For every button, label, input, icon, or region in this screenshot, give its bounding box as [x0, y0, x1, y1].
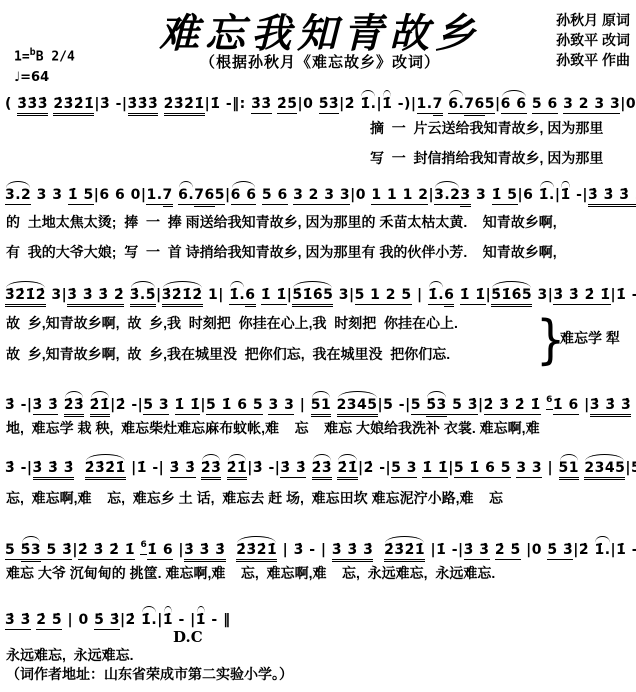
note-group: |3̇ -|	[247, 459, 280, 477]
note-group: |3̇ -|	[94, 95, 127, 113]
note-group: 5̇ 3̇	[547, 541, 573, 560]
note-group: 5	[215, 186, 225, 205]
note-group: 3̇ 3̇ 2̇ 1̇	[553, 286, 610, 305]
key-signature: 1=bB 2/4	[14, 47, 75, 64]
note-group: 3 2 3 3	[293, 186, 350, 205]
note-group: |1̇ -|	[126, 459, 170, 477]
note-group: 1̇.	[539, 186, 555, 204]
note-group: 1̇	[382, 95, 392, 113]
da-capo-mark: D.C	[173, 628, 203, 646]
note-group: 1̇ 1̇	[261, 286, 287, 305]
lyrics-line-3: 故 乡,知青故乡啊, 故 乡,我 时刻把 你挂在心上,我 时刻把 你挂在心上.故…	[6, 308, 458, 370]
note-group: 5 3	[391, 459, 417, 478]
note-group: 1̇ 5	[492, 186, 518, 205]
key-prefix: 1=	[14, 49, 30, 64]
note-group: 3	[460, 186, 470, 207]
lyrics-row: 的 土地太焦太烫; 捧 一 捧 雨送给我知青故乡, 因为那里的 禾苗太枯太黄. …	[6, 207, 557, 237]
note-group: 2̇1̇	[337, 459, 357, 480]
note-group: 1 1 1 2	[371, 186, 428, 205]
credits: 孙秋月 原词 孙致平 改词 孙致平 作曲	[556, 10, 630, 70]
grace-note: 6	[140, 536, 147, 555]
note-group: 1̇.	[594, 541, 610, 559]
note-group	[226, 541, 237, 559]
note-group: |2̇ -|	[358, 459, 391, 477]
note-group: 6	[444, 286, 454, 307]
note-group: 3|	[46, 286, 67, 304]
note-group: 6.	[448, 95, 464, 114]
note-group: 3̇3̇3̇	[128, 95, 159, 116]
note-group: 1|	[203, 286, 230, 304]
note-group: 3̇ 3̇ 3̇	[590, 396, 631, 417]
note-group: 1̇	[163, 611, 173, 629]
note-group: 3.2	[434, 186, 460, 205]
note-group: |0	[350, 186, 371, 204]
note-group: 1̇ 1̇	[460, 286, 486, 305]
note-group: 3̇ 3̇	[280, 459, 306, 478]
note-group: |	[294, 396, 310, 414]
note-group: |0	[521, 541, 548, 559]
note-group: 3̇.5̇	[130, 286, 156, 307]
note-group: 3̇ 3̇ 3̇ 2̇	[588, 186, 636, 207]
note-group: |2̇ -|	[110, 396, 143, 414]
note-group: 5̇ 3̇	[94, 611, 120, 630]
note-group: |	[173, 541, 184, 559]
note-group: |6 6 0|	[94, 186, 147, 204]
note-group: |0	[620, 95, 636, 113]
note-group: 1̇ 6	[553, 396, 579, 415]
lyrics-row: 故 乡,知青故乡啊, 故 乡,我在城里没 把你们忘, 我在城里没 把你们忘.	[6, 339, 458, 370]
note-group: 3̇ 3̇ 3̇	[33, 459, 74, 480]
note-group: 3 3	[31, 186, 68, 204]
note-group: 3|	[532, 286, 553, 304]
note-group: 2̇1̇	[227, 459, 247, 480]
note-group: -|	[571, 186, 588, 204]
note-group: 6	[245, 286, 255, 307]
note-group: | 0	[62, 611, 94, 629]
note-group: 7	[163, 186, 173, 207]
note-group: 5̇1̇6̇5	[491, 286, 532, 307]
note-group: 5 6	[262, 186, 288, 205]
note-group: 5̇1̇6̇5	[292, 286, 333, 307]
note-group: |2̇	[573, 541, 594, 559]
note-group: |	[412, 286, 428, 304]
note-group: 2̇3̇	[312, 459, 332, 480]
note-group	[373, 541, 384, 559]
note-group: 5	[485, 95, 495, 114]
tempo-marking: ♩=64	[14, 70, 49, 85]
lyrics-line-6: 难忘 大爷 沉甸甸的 挑筐. 难忘啊,难 忘, 难忘啊,难 忘, 永远难忘, 永…	[6, 558, 495, 588]
note-group: 2̇3̇2̇1̇	[85, 459, 126, 480]
note-group: 3 3	[516, 459, 542, 478]
author-address-note: （词作者地址：山东省荣成市第二实验小学。）	[6, 664, 293, 684]
note-group: 1̇.	[141, 611, 157, 629]
note-group: 2̇ 5̇	[36, 611, 62, 630]
note-group: 6 6	[501, 95, 527, 114]
note-group: |	[579, 396, 590, 414]
note-group: 3̇2̇1̇2̇	[162, 286, 203, 307]
note-group: 5 1̇ 6 5	[454, 459, 511, 478]
note-group: (	[5, 95, 17, 113]
note-group: |0	[297, 95, 318, 113]
note-group: 1̇ 1̇	[422, 459, 448, 478]
lyrics-row: 写 一 封信捎给我知青故乡, 因为那里	[370, 143, 603, 173]
note-group: 6.	[178, 186, 194, 205]
note-group: 3̇3̇3̇	[17, 95, 48, 116]
subtitle: （根据孙秋月《难忘故乡》改词）	[120, 51, 520, 72]
notation-line-3: 3̇2̇1̇2̇ 3|3̇ 3̇ 3̇ 2̇ 3̇.5̇|3̇2̇1̇2̇ 1|…	[5, 286, 636, 307]
note-group: 3|	[333, 286, 354, 304]
grace-note: 6	[546, 391, 553, 410]
note-group: |6	[518, 186, 539, 204]
lyrics-line-2: 的 土地太焦太烫; 捧 一 捧 雨送给我知青故乡, 因为那里的 禾苗太枯太黄. …	[6, 207, 557, 267]
note-group: 1̇.	[428, 286, 444, 305]
note-group: 1.	[146, 186, 162, 205]
notation-line-5: 3̇ -|3̇ 3̇ 3̇ 2̇3̇2̇1̇ |1̇ -| 3̇ 3̇ 2̇3̇…	[5, 459, 636, 480]
lyrics-line-1: 摘 一 片云送给我知青故乡, 因为那里写 一 封信捎给我知青故乡, 因为那里	[370, 113, 603, 173]
notation-line-2: 3.2 3 3 1̇ 5|6 6 0|1.7 6.765|6 6 5 6 3 2…	[5, 186, 636, 207]
note-group: |5 -|	[378, 396, 411, 414]
lyrics-row: 摘 一 片云送给我知青故乡, 因为那里	[370, 113, 603, 143]
note-group: |	[542, 459, 558, 477]
note-group: |1̇ -|	[425, 541, 464, 559]
note-group: 3̇ 3̇	[5, 611, 31, 630]
note-group: 1.	[417, 95, 433, 114]
note-group: - ‖	[206, 611, 231, 629]
note-group: 3̇3̇	[251, 95, 271, 114]
lyrics-line-5: 忘, 难忘啊,难 忘, 难忘乡 土 话, 难忘去 赶 场, 难忘田坎 难忘泥泞小…	[6, 483, 503, 513]
note-group: 5 6	[532, 95, 558, 114]
note-group: 2̇5̇	[277, 95, 297, 114]
sheet-music-page: 难忘我知青故乡 孙秋月 原词 孙致平 改词 孙致平 作曲 1=bB 2/4 （根…	[0, 0, 636, 692]
note-group: -)|	[392, 95, 416, 113]
note-group	[631, 396, 636, 414]
note-group: | 3̇ - |	[277, 541, 332, 559]
note-group: 5 1 2 5	[355, 286, 412, 305]
note-group: 6 6	[231, 186, 257, 205]
note-group: 76	[194, 186, 214, 207]
lyrics-line-4: 地, 难忘学 栽 秧, 难忘柴灶难忘麻布蚊帐,难 忘 难忘 大娘给我洗补 衣裳.…	[6, 413, 540, 443]
key-meter: B 2/4	[36, 49, 75, 64]
note-group: 1̇.	[360, 95, 376, 113]
note-group: 3̇ -|	[5, 459, 33, 477]
lyrics-row: 有 我的大爷大娘; 写 一 首 诗捎给我知青故乡, 因为那里有 我的伙伴小芳. …	[6, 237, 557, 267]
note-group: - |	[173, 611, 196, 629]
note-group: 1̇	[560, 186, 570, 204]
note-group: |2̇	[120, 611, 141, 629]
note-group: 3̇2̇1̇2̇	[5, 286, 46, 307]
note-group: |1̇ - :‖	[611, 541, 636, 559]
stanza-brace-label: 难忘学 犁	[560, 328, 620, 348]
note-group: 3	[471, 186, 492, 204]
note-group: 1̇	[196, 611, 206, 629]
note-group: |1̇ -‖:	[205, 95, 252, 113]
note-group: 2345	[584, 459, 625, 480]
note-group: 5̇3̇	[319, 95, 339, 114]
note-group: 2̇3̇2̇1̇	[164, 95, 205, 116]
note-group: |2̇	[339, 95, 360, 113]
note-group: |1̇ -|	[611, 286, 636, 304]
lyrics-row: 难忘 大爷 沉甸甸的 挑筐. 难忘啊,难 忘, 难忘啊,难 忘, 永远难忘, 永…	[6, 558, 495, 588]
note-group: 2̇ 5̇	[495, 541, 521, 560]
note-group: 3̇ 3̇	[170, 459, 196, 478]
note-group	[74, 459, 85, 477]
note-group: 1̇ 5	[68, 186, 94, 205]
note-group: 51	[559, 459, 579, 480]
note-group: 3.2	[5, 186, 31, 205]
note-group: |5 -|	[625, 459, 636, 477]
note-group: 3 2 3 3	[563, 95, 620, 114]
note-group: 2̇3̇	[201, 459, 221, 480]
lyrics-row: 故 乡,知青故乡啊, 故 乡,我 时刻把 你挂在心上,我 时刻把 你挂在心上.	[6, 308, 458, 339]
note-group: 2̇3̇2̇1̇	[53, 95, 94, 116]
note-group: 3̇ -|	[5, 396, 33, 414]
lyrics-row: 地, 难忘学 栽 秧, 难忘柴灶难忘麻布蚊帐,难 忘 难忘 大娘给我洗补 衣裳.…	[6, 413, 540, 443]
note-group: 3̇ 3̇ 3̇ 2̇	[67, 286, 124, 307]
lyrics-row: 忘, 难忘啊,难 忘, 难忘乡 土 话, 难忘去 赶 场, 难忘田坎 难忘泥泞小…	[6, 483, 503, 513]
note-group: 1̇.	[229, 286, 245, 305]
